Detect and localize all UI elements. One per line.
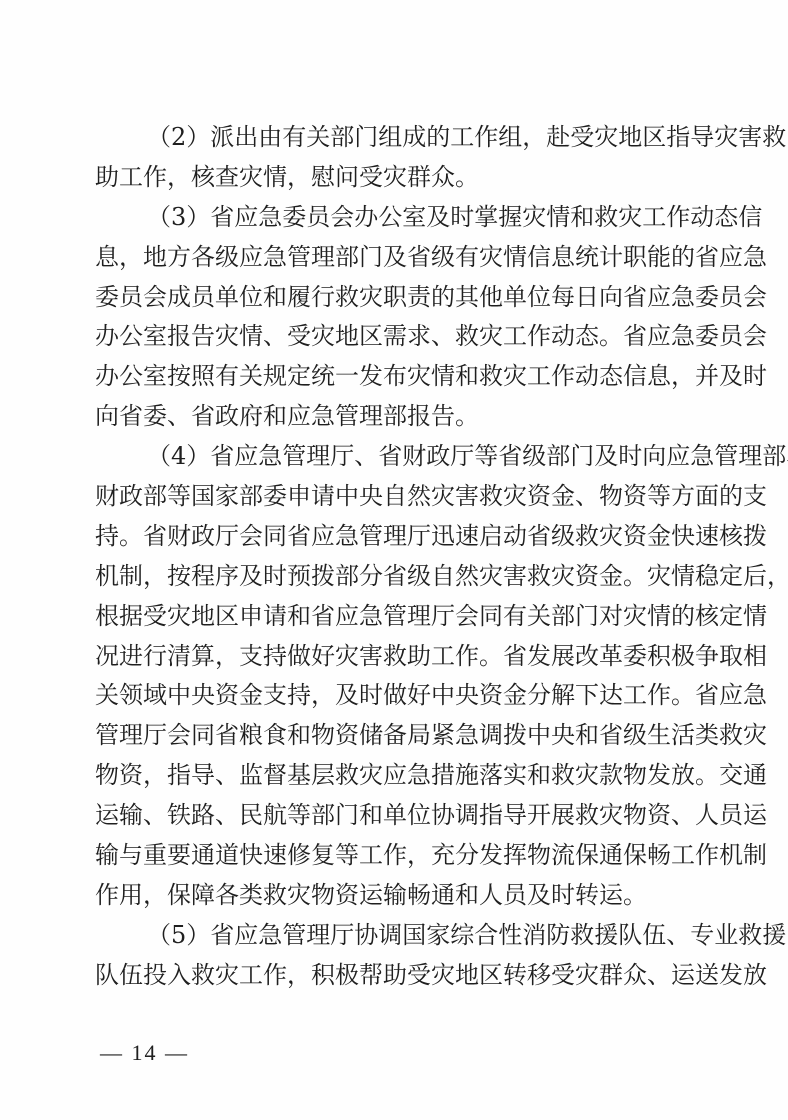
text-line: 作用，保障各类救灾物资运输畅通和人员及时转运。: [95, 876, 699, 916]
text-line: 持。省财政厅会同省应急管理厅迅速启动省级救灾资金快速核拨: [95, 517, 699, 557]
text-line: 管理厅会同省粮食和物资储备局紧急调拨中央和省级生活类救灾: [95, 716, 699, 756]
paragraph-2: （2）派出由有关部门组成的工作组，赴受灾地区指导灾害救 助工作，核查灾情，慰问受…: [95, 118, 699, 198]
text-line: 办公室报告灾情、受灾地区需求、救灾工作动态。省应急委员会: [95, 317, 699, 357]
text-line: 根据受灾地区申请和省应急管理厅会同有关部门对灾情的核定情: [95, 597, 699, 637]
text-line: 机制，按程序及时预拨部分省级自然灾害救灾资金。灾情稳定后，: [95, 557, 699, 597]
text-line: 委员会成员单位和履行救灾职责的其他单位每日向省应急委员会: [95, 278, 699, 318]
text-line: 办公室按照有关规定统一发布灾情和救灾工作动态信息，并及时: [95, 357, 699, 397]
text-line: 助工作，核查灾情，慰问受灾群众。: [95, 158, 699, 198]
text-line: 关领域中央资金支持，及时做好中央资金分解下达工作。省应急: [95, 676, 699, 716]
text-line: 物资，指导、监督基层救灾应急措施落实和救灾款物发放。交通: [95, 756, 699, 796]
text-line: 况进行清算，支持做好灾害救助工作。省发展改革委积极争取相: [95, 637, 699, 677]
paragraph-5: （5）省应急管理厅协调国家综合性消防救援队伍、专业救援 队伍投入救灾工作，积极帮…: [95, 916, 699, 996]
text-line: 队伍投入救灾工作，积极帮助受灾地区转移受灾群众、运送发放: [95, 956, 699, 996]
body-text: （2）派出由有关部门组成的工作组，赴受灾地区指导灾害救 助工作，核查灾情，慰问受…: [95, 118, 699, 996]
text-line: 向省委、省政府和应急管理部报告。: [95, 397, 699, 437]
paragraph-3: （3）省应急委员会办公室及时掌握灾情和救灾工作动态信 息，地方各级应急管理部门及…: [95, 198, 699, 437]
text-line: （3）省应急委员会办公室及时掌握灾情和救灾工作动态信: [95, 198, 699, 238]
paragraph-4: （4）省应急管理厅、省财政厅等省级部门及时向应急管理部、 财政部等国家部委申请中…: [95, 437, 699, 916]
text-line: （4）省应急管理厅、省财政厅等省级部门及时向应急管理部、: [95, 437, 699, 477]
text-line: （5）省应急管理厅协调国家综合性消防救援队伍、专业救援: [95, 916, 699, 956]
page-number: — 14 —: [100, 1040, 189, 1066]
text-line: 输与重要通道快速修复等工作，充分发挥物流保通保畅工作机制: [95, 836, 699, 876]
text-line: 财政部等国家部委申请中央自然灾害救灾资金、物资等方面的支: [95, 477, 699, 517]
text-line: （2）派出由有关部门组成的工作组，赴受灾地区指导灾害救: [95, 118, 699, 158]
text-line: 运输、铁路、民航等部门和单位协调指导开展救灾物资、人员运: [95, 796, 699, 836]
document-page: （2）派出由有关部门组成的工作组，赴受灾地区指导灾害救 助工作，核查灾情，慰问受…: [0, 0, 788, 1120]
text-line: 息，地方各级应急管理部门及省级有灾情信息统计职能的省应急: [95, 238, 699, 278]
